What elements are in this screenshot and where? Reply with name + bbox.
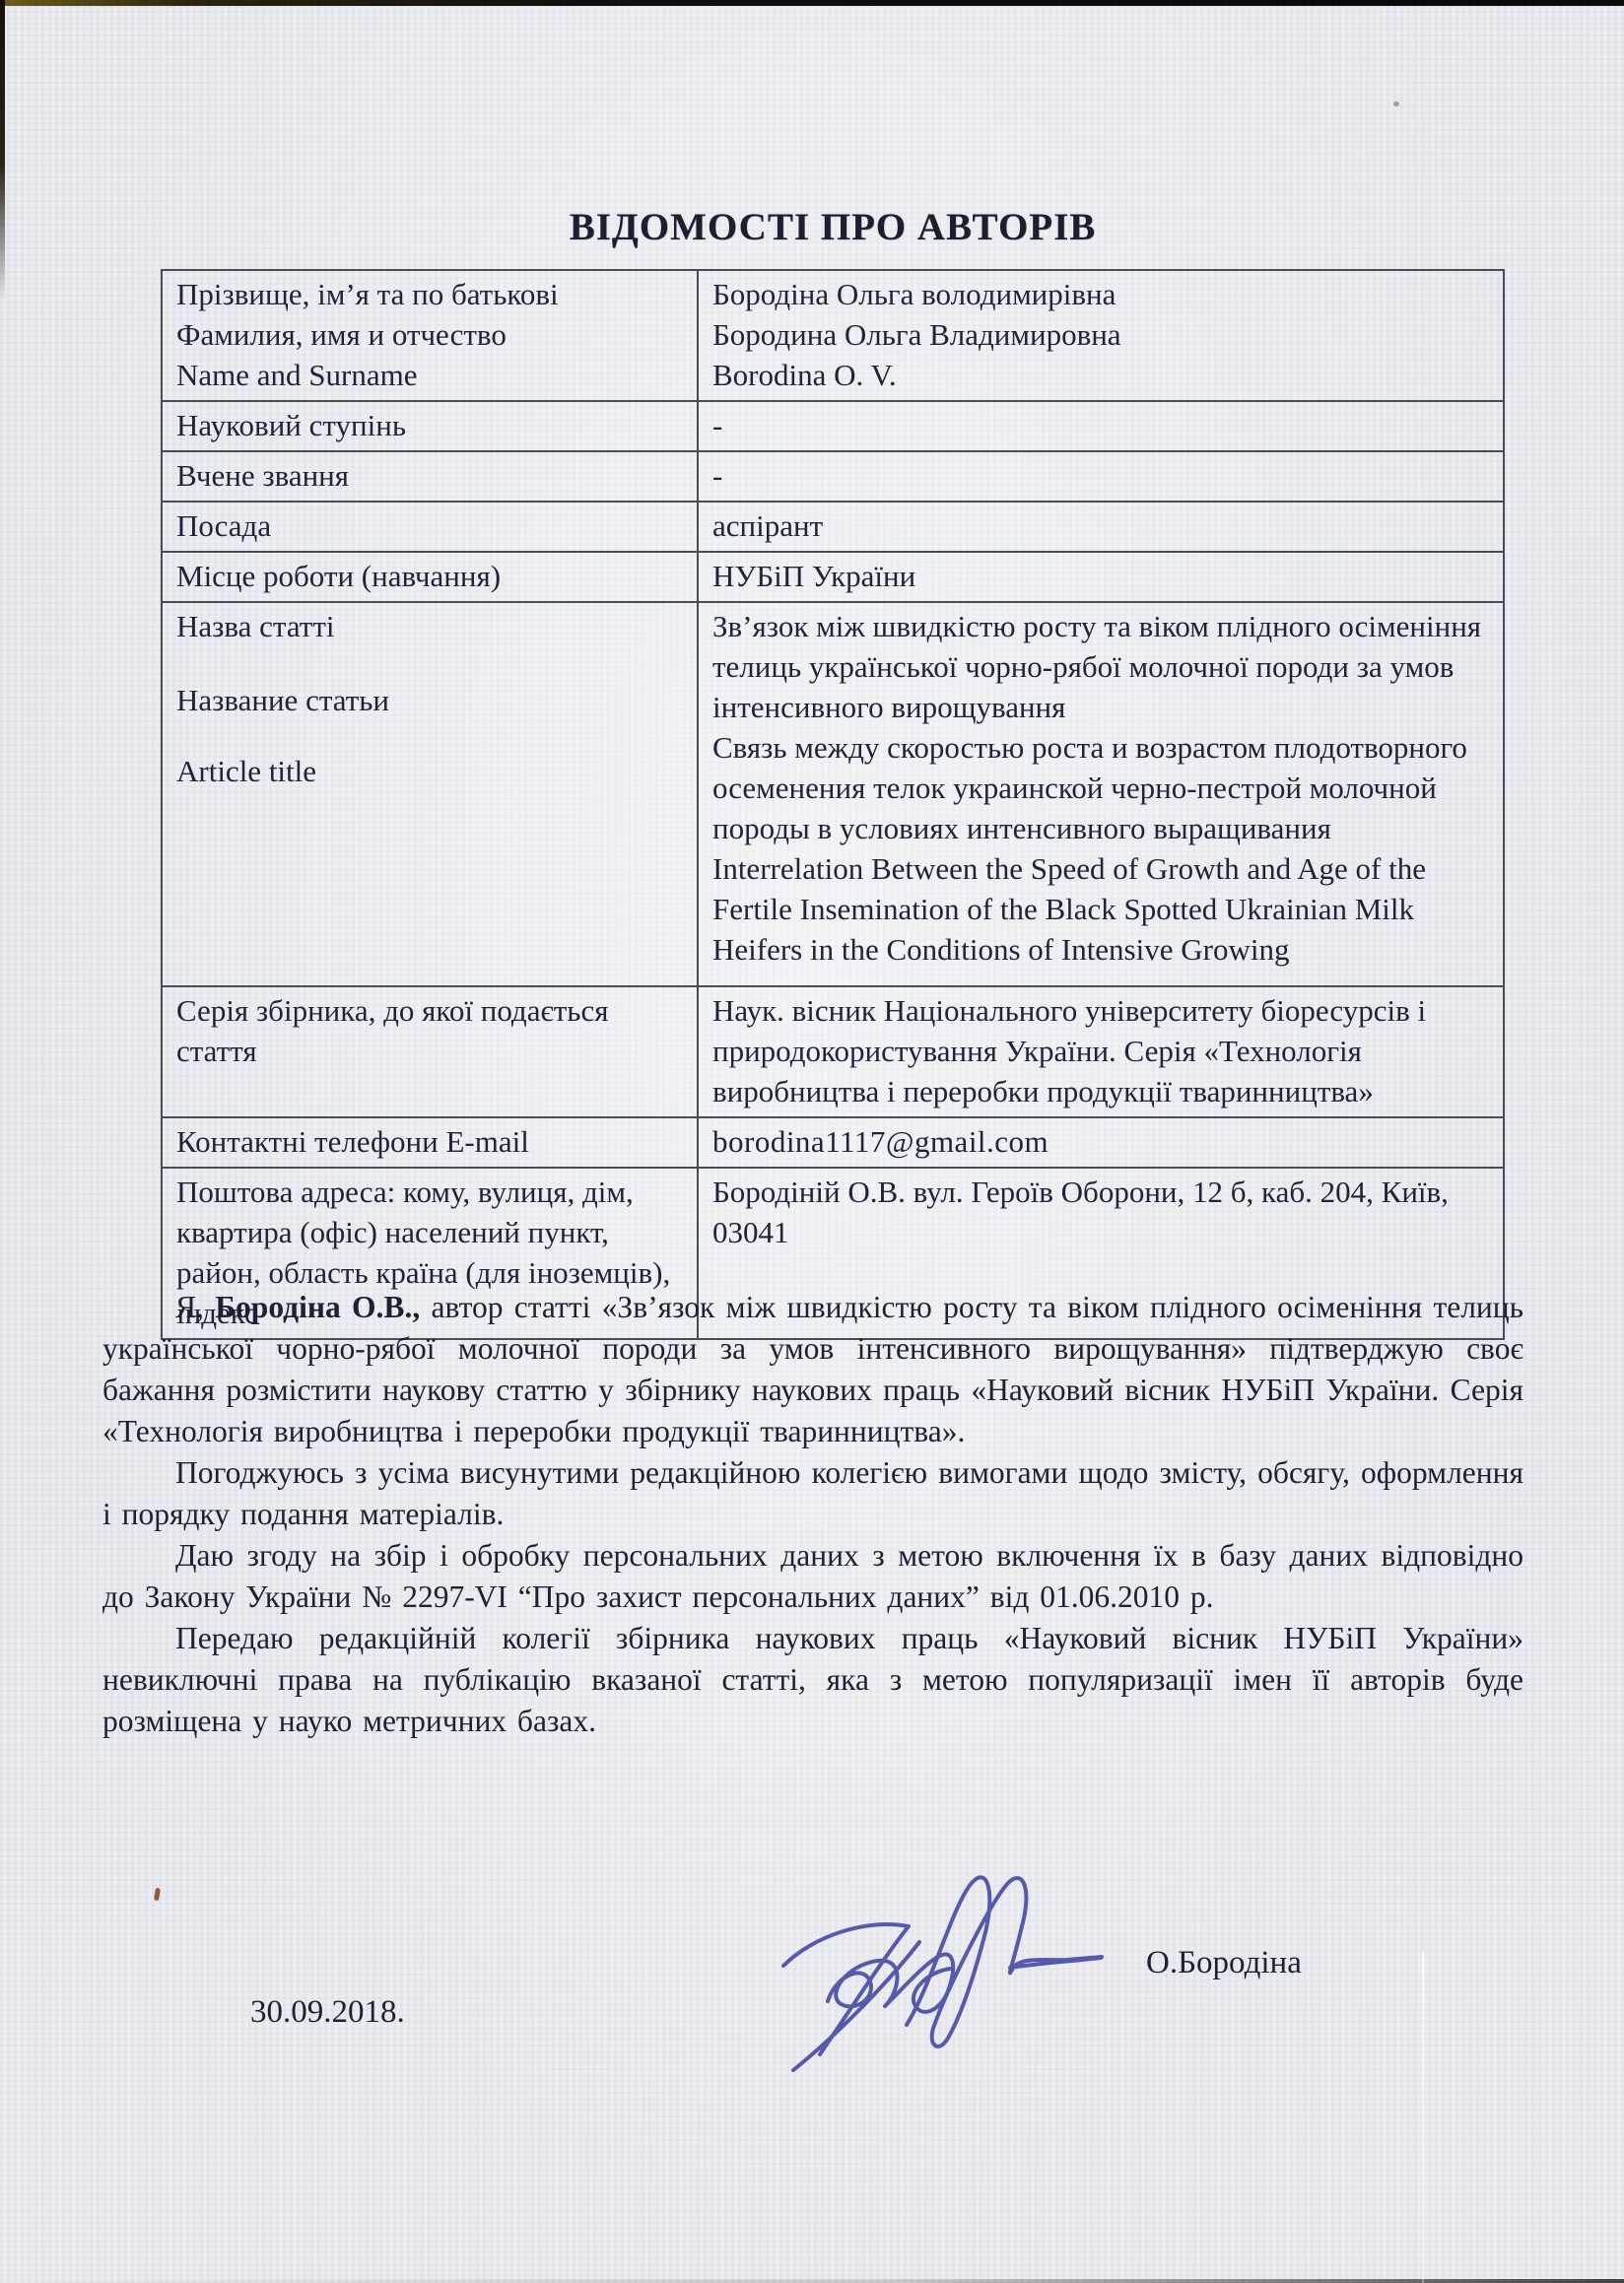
table-row-degree: Науковий ступінь - [162,401,1504,451]
declaration-paragraph-1: Я, Бородіна О.В., автор статті «Зв’язок … [102,1287,1523,1452]
declaration-p1-prefix: Я, [175,1290,215,1324]
scan-edge-left [0,0,5,301]
field-value-article-title: Зв’язок між швидкістю росту та віком плі… [698,602,1504,986]
signature-strokes [759,1865,1173,2097]
declaration-text: Я, Бородіна О.В., автор статті «Зв’язок … [102,1287,1523,1742]
declaration-author-name: Бородіна О.В., [215,1290,420,1324]
table-row-article-title: Назва статті Название статьи Article tit… [162,602,1504,986]
declaration-paragraph-4: Передаю редакційній колегії збірника нау… [102,1618,1523,1742]
dust-speck [1393,101,1399,106]
field-label-degree: Науковий ступінь [162,401,698,451]
paper-crease [1422,1951,1424,2283]
field-value-contact-email: borodina1117@gmail.com [698,1117,1504,1168]
field-label-series: Серія збірника, до якої подається стаття [162,986,698,1117]
table-row-name: Прізвище, ім’я та по батькові Фамилия, и… [162,270,1504,401]
handwritten-signature [759,1865,1173,2097]
article-title-label-ru: Название статьи [176,680,685,720]
field-value-degree: - [698,401,1504,451]
page-title: ВІДОМОСТІ ПРО АВТОРІВ [161,205,1505,249]
table-row-workplace: Місце роботи (навчання) НУБіП України [162,552,1504,602]
field-label-academic-title: Вчене звання [162,451,698,502]
article-title-label-uk: Назва статті [176,606,685,646]
scan-edge-top [0,0,1624,6]
table-row-position: Посада аспірант [162,502,1504,552]
article-title-uk: Зв’язок між швидкістю росту та віком плі… [712,606,1491,727]
declaration-paragraph-3: Даю згоду на збір і обробку персональних… [102,1535,1523,1618]
field-value-series: Наук. вісник Національного університету … [698,986,1504,1117]
article-title-en: Interrelation Between the Speed of Growt… [712,848,1491,970]
table-row-series: Серія збірника, до якої подається стаття… [162,986,1504,1117]
scan-edge-bottom [0,2279,1624,2283]
table-row-academic-title: Вчене звання - [162,451,1504,502]
field-label-contact: Контактні телефони E-mail [162,1117,698,1168]
article-title-ru: Связь между скоростью роста и возрастом … [712,727,1491,848]
field-value-workplace: НУБіП України [698,552,1504,602]
authors-info-table: Прізвище, ім’я та по батькові Фамилия, и… [161,269,1505,1340]
table-row-contact: Контактні телефони E-mail borodina1117@g… [162,1117,1504,1168]
signature-printed-name: О.Бородіна [1146,1945,1302,1981]
field-label-name: Прізвище, ім’я та по батькові Фамилия, и… [162,270,698,401]
declaration-paragraph-2: Погоджуюсь з усіма висунутими редакційно… [102,1452,1523,1535]
field-value-name: Бородіна Ольга володимирівна Бородина Ол… [698,270,1504,401]
signature-date: 30.09.2018. [250,1994,405,2031]
field-value-academic-title: - [698,451,1504,502]
field-label-position: Посада [162,502,698,552]
scanned-page: ВІДОМОСТІ ПРО АВТОРІВ Прізвище, ім’я та … [0,0,1624,2283]
article-title-label-en: Article title [176,751,685,791]
field-value-position: аспірант [698,502,1504,552]
field-label-workplace: Місце роботи (навчання) [162,552,698,602]
field-label-article-title: Назва статті Название статьи Article tit… [162,602,698,986]
ink-speck [154,1888,161,1902]
